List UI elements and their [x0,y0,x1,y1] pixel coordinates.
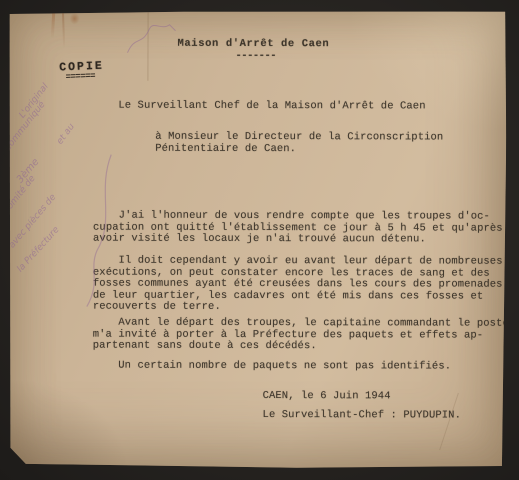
letterhead-title: Maison d'Arrêt de Caen [177,39,329,51]
letterhead-underline: ------- [235,51,276,63]
copie-stamp: COPIE ====== [59,60,104,83]
paragraph-3: Avant le départ des troupes, le capitain… [93,318,509,354]
signature-line: Le Surveillant-Chef : PUYDUPIN. [263,410,461,422]
paragraph-4: Un certain nombre de paquets ne sont pas… [93,361,451,373]
document-photo: Maison d'Arrêt de Caen ------- COPIE ===… [0,0,519,480]
corner-highlight [346,11,506,131]
rust-stain [62,10,65,48]
corner-shadow [8,378,128,468]
handwritten-flourish [67,151,127,311]
letter-paper: Maison d'Arrêt de Caen ------- COPIE ===… [8,10,506,469]
date-line: CAEN, le 6 Juin 1944 [263,391,391,403]
rust-stain [51,10,56,38]
recipient-block: à Monsieur le Directeur de la Circonscri… [155,132,443,156]
handwritten-scribble [125,21,177,57]
rust-stain [70,13,80,25]
handwritten-note-fragment: et au [55,122,77,147]
paragraph-2: Il doit cependant y avoir eu avant leur … [93,256,503,315]
paragraph-1: J'ai l'honneur de vous rendre compte que… [93,211,503,247]
sender-line: Le Surveillant Chef de la Maison d'Arrêt… [118,101,425,113]
